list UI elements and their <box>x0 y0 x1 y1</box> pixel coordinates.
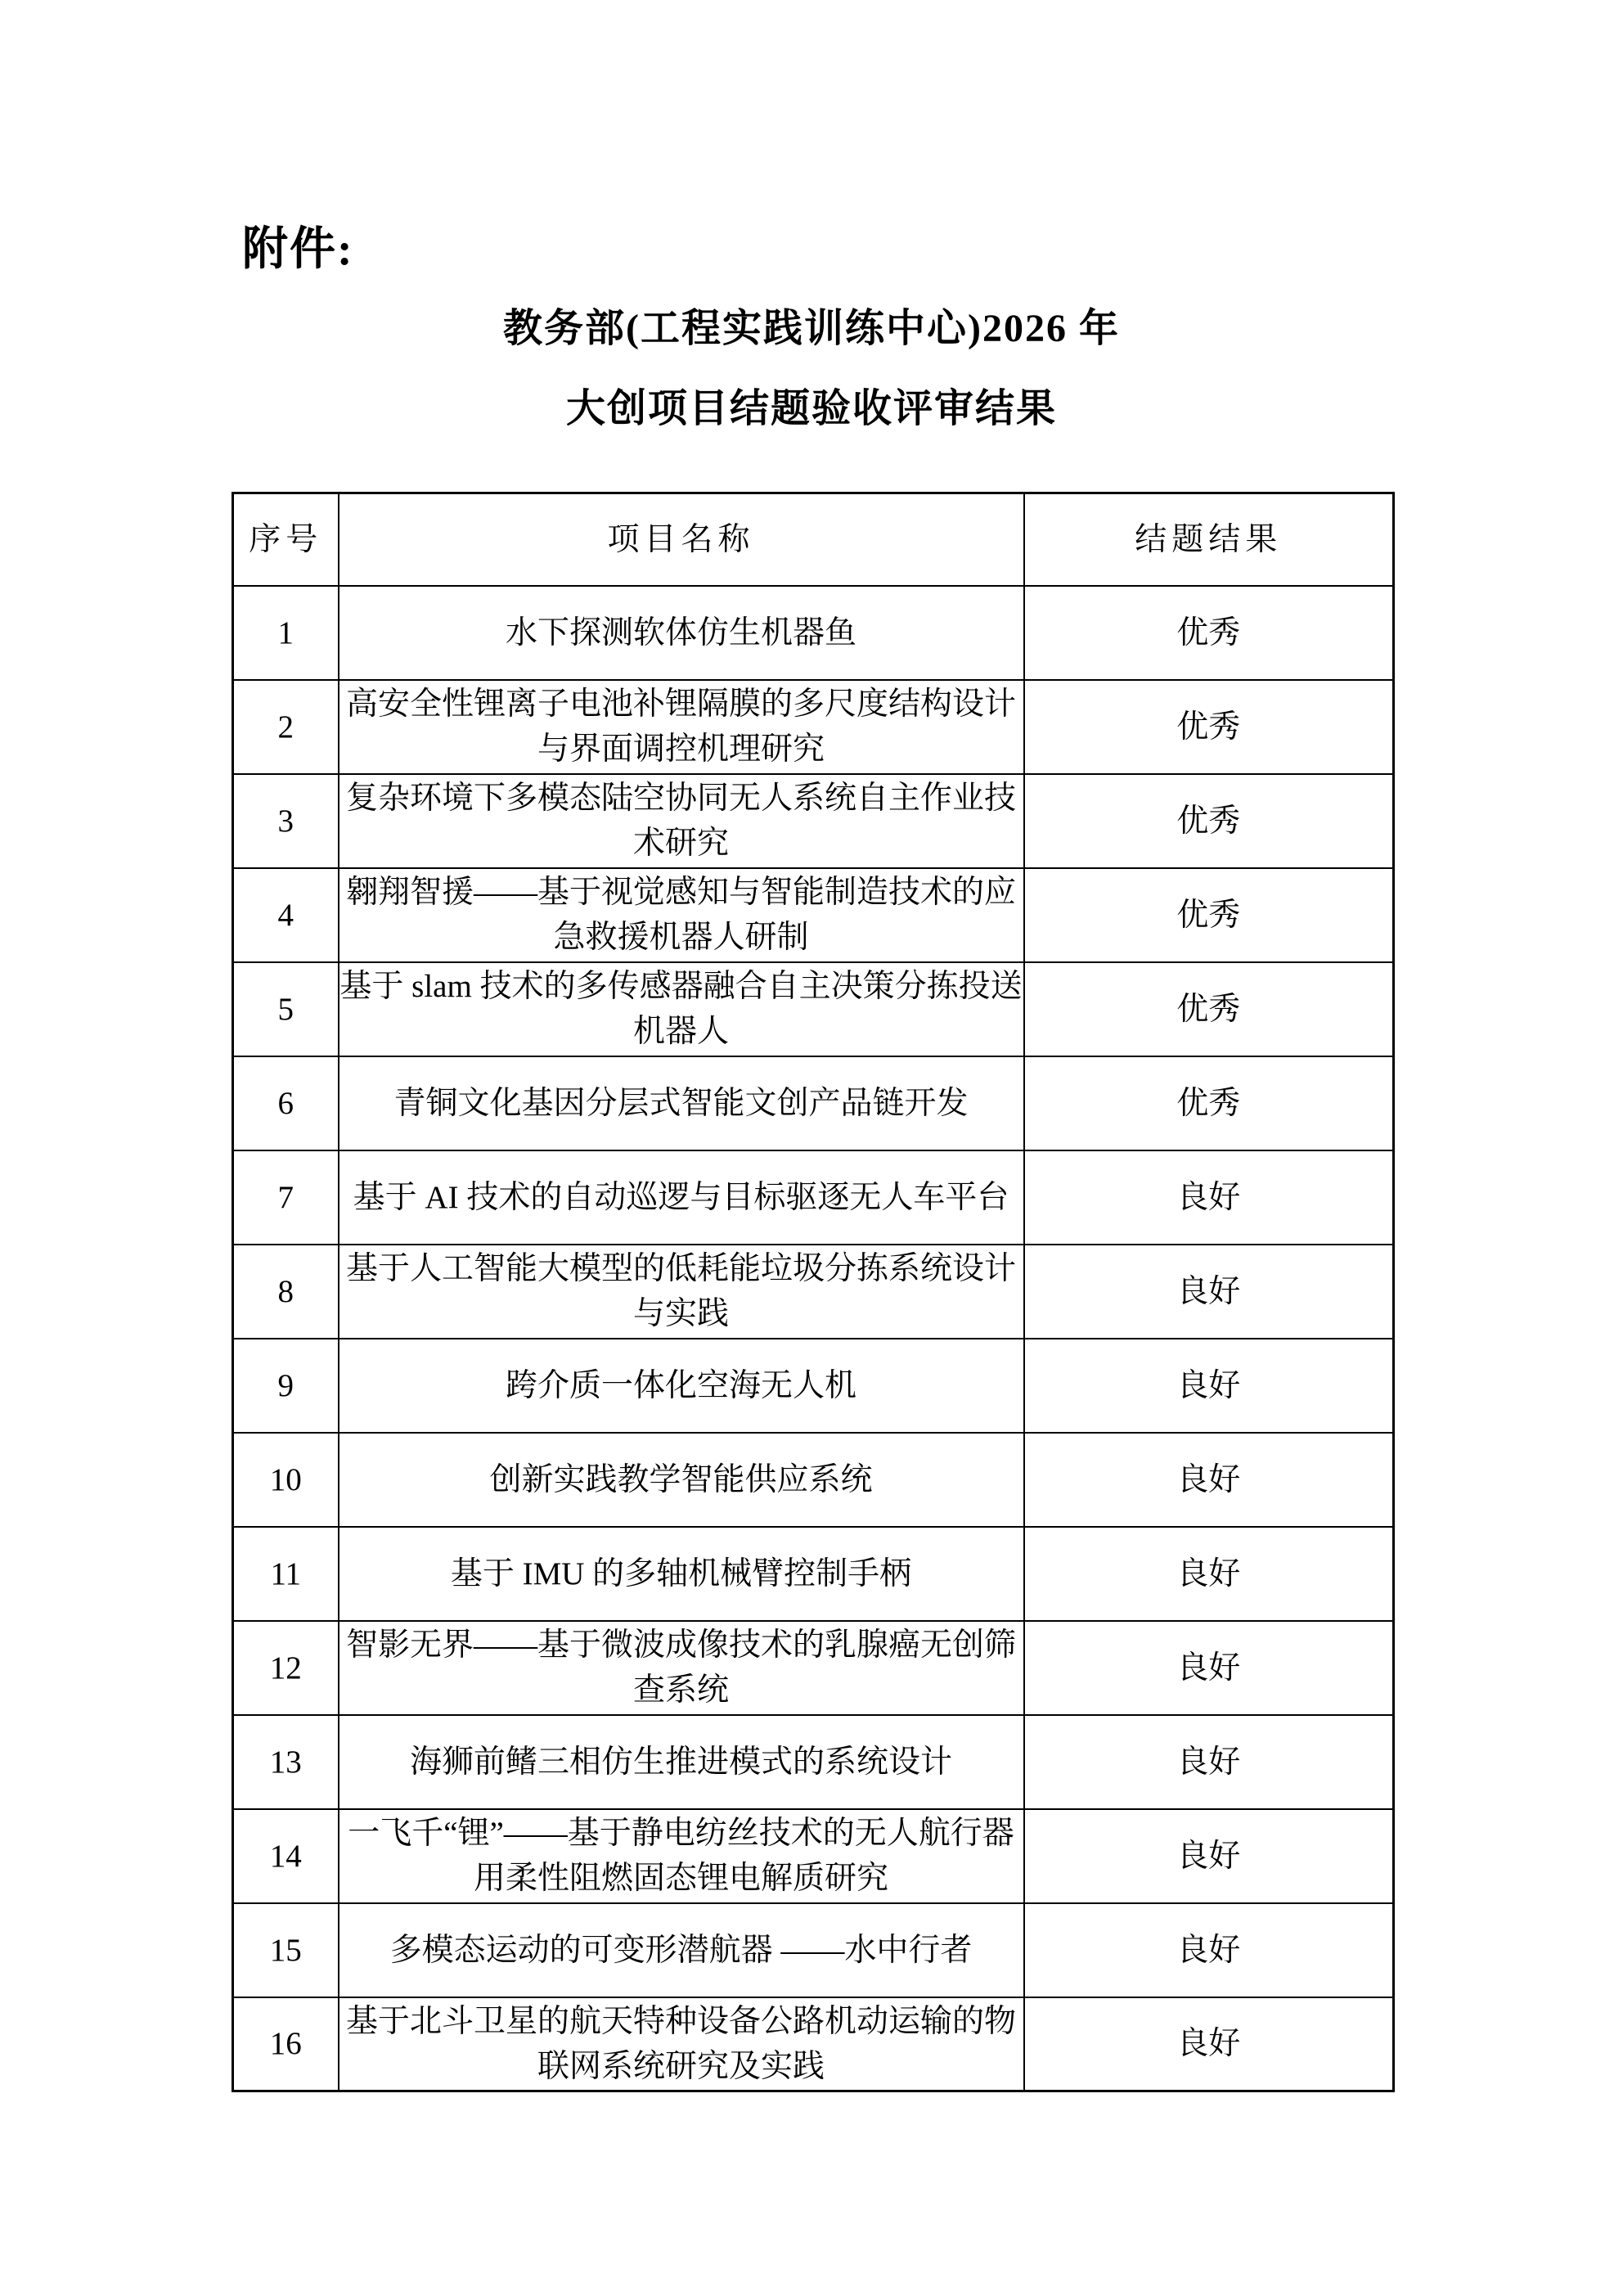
project-name-cell: 多模态运动的可变形潜航器 ——水中行者 <box>339 1903 1024 1997</box>
table-row: 3 复杂环境下多模态陆空协同无人系统自主作业技术研究 优秀 <box>233 774 1394 868</box>
table-row: 5 基于 slam 技术的多传感器融合自主决策分拣投送机器人 优秀 <box>233 962 1394 1056</box>
result-cell: 良好 <box>1024 1339 1394 1433</box>
project-name-cell: 海狮前鳍三相仿生推进模式的系统设计 <box>339 1715 1024 1809</box>
row-number-cell: 13 <box>233 1715 339 1809</box>
table-row: 12 智影无界——基于微波成像技术的乳腺癌无创筛查系统 良好 <box>233 1621 1394 1715</box>
row-number-cell: 14 <box>233 1809 339 1903</box>
column-header-index: 序号 <box>233 493 339 586</box>
table-row: 1 水下探测软体仿生机器鱼 优秀 <box>233 586 1394 680</box>
table-row: 15 多模态运动的可变形潜航器 ——水中行者 良好 <box>233 1903 1394 1997</box>
document-title-line2: 大创项目结题验收评审结果 <box>0 376 1623 433</box>
project-name-cell: 水下探测软体仿生机器鱼 <box>339 586 1024 680</box>
result-cell: 良好 <box>1024 1903 1394 1997</box>
table-row: 6 青铜文化基因分层式智能文创产品链开发 优秀 <box>233 1056 1394 1150</box>
document-title-line1: 教务部(工程实践训练中心)2026 年 <box>0 296 1623 353</box>
result-cell: 良好 <box>1024 1433 1394 1527</box>
project-name-cell: 基于人工智能大模型的低耗能垃圾分拣系统设计与实践 <box>339 1245 1024 1339</box>
project-name-cell: 创新实践教学智能供应系统 <box>339 1433 1024 1527</box>
table-row: 2 高安全性锂离子电池补锂隔膜的多尺度结构设计与界面调控机理研究 优秀 <box>233 680 1394 774</box>
project-name-cell: 基于 slam 技术的多传感器融合自主决策分拣投送机器人 <box>339 962 1024 1056</box>
result-cell: 良好 <box>1024 1245 1394 1339</box>
result-cell: 良好 <box>1024 1621 1394 1715</box>
row-number-cell: 3 <box>233 774 339 868</box>
table-row: 16 基于北斗卫星的航天特种设备公路机动运输的物联网系统研究及实践 良好 <box>233 1997 1394 2091</box>
table-row: 11 基于 IMU 的多轴机械臂控制手柄 良好 <box>233 1527 1394 1621</box>
project-name-cell: 翱翔智援——基于视觉感知与智能制造技术的应急救援机器人研制 <box>339 868 1024 962</box>
column-header-project-name: 项目名称 <box>339 493 1024 586</box>
table-row: 7 基于 AI 技术的自动巡逻与目标驱逐无人车平台 良好 <box>233 1150 1394 1245</box>
row-number-cell: 5 <box>233 962 339 1056</box>
project-name-cell: 青铜文化基因分层式智能文创产品链开发 <box>339 1056 1024 1150</box>
result-cell: 良好 <box>1024 1527 1394 1621</box>
table-row: 13 海狮前鳍三相仿生推进模式的系统设计 良好 <box>233 1715 1394 1809</box>
result-cell: 优秀 <box>1024 868 1394 962</box>
project-name-cell: 高安全性锂离子电池补锂隔膜的多尺度结构设计与界面调控机理研究 <box>339 680 1024 774</box>
result-cell: 优秀 <box>1024 774 1394 868</box>
row-number-cell: 15 <box>233 1903 339 1997</box>
project-name-cell: 基于 IMU 的多轴机械臂控制手柄 <box>339 1527 1024 1621</box>
result-cell: 优秀 <box>1024 1056 1394 1150</box>
result-cell: 良好 <box>1024 1997 1394 2091</box>
table-body: 1 水下探测软体仿生机器鱼 优秀 2 高安全性锂离子电池补锂隔膜的多尺度结构设计… <box>233 586 1394 2091</box>
result-cell: 优秀 <box>1024 962 1394 1056</box>
row-number-cell: 12 <box>233 1621 339 1715</box>
row-number-cell: 1 <box>233 586 339 680</box>
project-name-cell: 一飞千“锂”——基于静电纺丝技术的无人航行器用柔性阻燃固态锂电解质研究 <box>339 1809 1024 1903</box>
project-name-cell: 跨介质一体化空海无人机 <box>339 1339 1024 1433</box>
result-cell: 优秀 <box>1024 586 1394 680</box>
table-row: 4 翱翔智援——基于视觉感知与智能制造技术的应急救援机器人研制 优秀 <box>233 868 1394 962</box>
project-name-cell: 复杂环境下多模态陆空协同无人系统自主作业技术研究 <box>339 774 1024 868</box>
row-number-cell: 6 <box>233 1056 339 1150</box>
row-number-cell: 4 <box>233 868 339 962</box>
row-number-cell: 7 <box>233 1150 339 1245</box>
table-header-row: 序号 项目名称 结题结果 <box>233 493 1394 586</box>
row-number-cell: 2 <box>233 680 339 774</box>
row-number-cell: 11 <box>233 1527 339 1621</box>
project-name-cell: 基于北斗卫星的航天特种设备公路机动运输的物联网系统研究及实践 <box>339 1997 1024 2091</box>
project-name-cell: 基于 AI 技术的自动巡逻与目标驱逐无人车平台 <box>339 1150 1024 1245</box>
table-row: 8 基于人工智能大模型的低耗能垃圾分拣系统设计与实践 良好 <box>233 1245 1394 1339</box>
result-cell: 良好 <box>1024 1150 1394 1245</box>
project-name-cell: 智影无界——基于微波成像技术的乳腺癌无创筛查系统 <box>339 1621 1024 1715</box>
table-row: 14 一飞千“锂”——基于静电纺丝技术的无人航行器用柔性阻燃固态锂电解质研究 良… <box>233 1809 1394 1903</box>
result-cell: 良好 <box>1024 1809 1394 1903</box>
row-number-cell: 9 <box>233 1339 339 1433</box>
result-cell: 优秀 <box>1024 680 1394 774</box>
row-number-cell: 8 <box>233 1245 339 1339</box>
table-row: 10 创新实践教学智能供应系统 良好 <box>233 1433 1394 1527</box>
result-cell: 良好 <box>1024 1715 1394 1809</box>
results-table: 序号 项目名称 结题结果 1 水下探测软体仿生机器鱼 优秀 2 高安全性锂离子电… <box>232 492 1395 2092</box>
column-header-result: 结题结果 <box>1024 493 1394 586</box>
row-number-cell: 10 <box>233 1433 339 1527</box>
attachment-label: 附件: <box>242 213 354 278</box>
row-number-cell: 16 <box>233 1997 339 2091</box>
table-row: 9 跨介质一体化空海无人机 良好 <box>233 1339 1394 1433</box>
